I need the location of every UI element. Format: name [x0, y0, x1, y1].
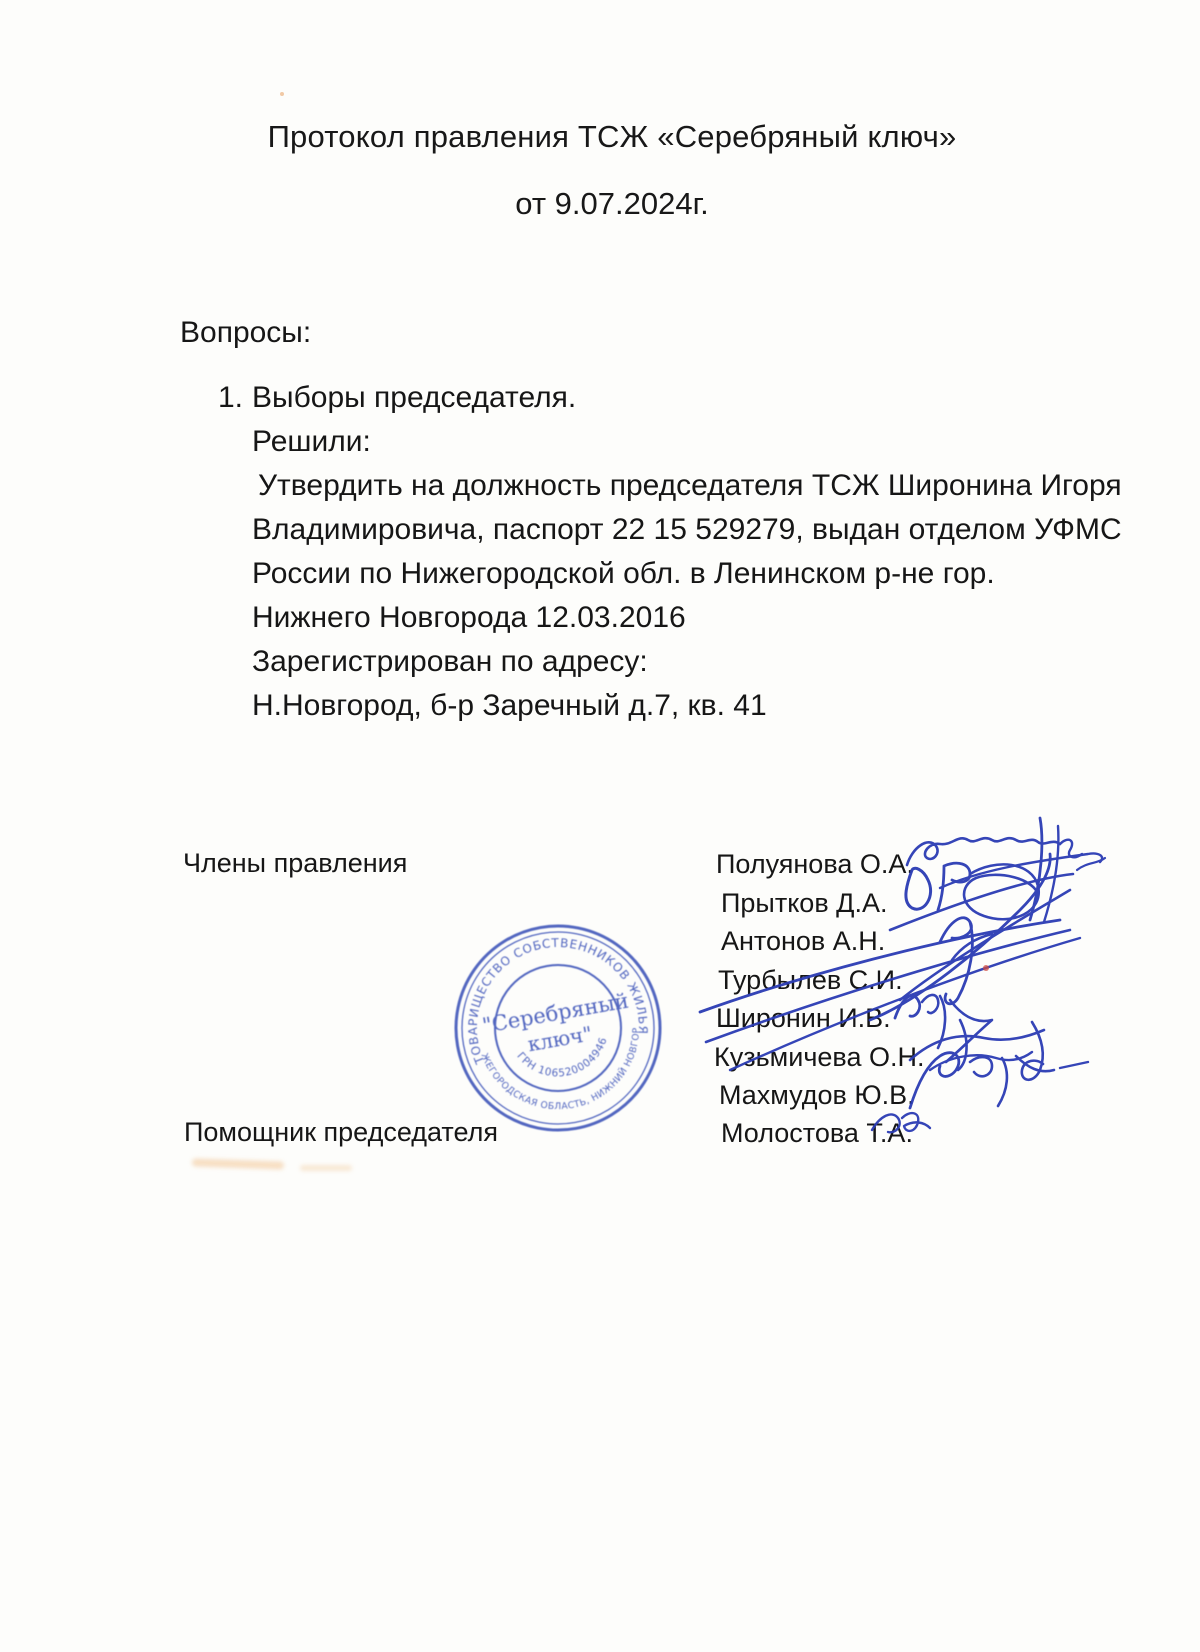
- round-stamp: ✱ ТОВАРИЩЕСТВО СОБСТВЕННИКОВ ЖИЛЬЯ ✱ НИЖ…: [444, 914, 672, 1142]
- board-members-label: Члены правления: [183, 848, 407, 879]
- document-title: Протокол правления ТСЖ «Серебряный ключ»: [12, 119, 1200, 155]
- resolution-line: Утвердить на должность председателя ТСЖ …: [258, 469, 1122, 503]
- resolution-line: Нижнего Новгорода 12.03.2016: [252, 601, 686, 635]
- scan-smudge: [300, 1165, 352, 1171]
- resolution-line: России по Нижегородской обл. в Ленинском…: [252, 557, 995, 591]
- resolution-line: Зарегистрирован по адресу:: [252, 645, 648, 679]
- scan-speck: [280, 92, 284, 96]
- list-item-title: Выборы председателя.: [252, 381, 576, 415]
- document-date: от 9.07.2024г.: [12, 186, 1200, 222]
- resolution-line: Н.Новгород, б-р Заречный д.7, кв. 41: [252, 689, 767, 723]
- list-item-number: 1.: [218, 381, 243, 415]
- scan-smudge: [192, 1158, 284, 1169]
- questions-label: Вопросы:: [180, 316, 311, 350]
- decided-label: Решили:: [252, 425, 371, 459]
- signatures-ink: [640, 770, 1200, 1160]
- scanned-document-page: Протокол правления ТСЖ «Серебряный ключ»…: [0, 0, 1200, 1652]
- scan-speck: [983, 965, 989, 971]
- resolution-line: Владимировича, паспорт 22 15 529279, выд…: [252, 513, 1122, 547]
